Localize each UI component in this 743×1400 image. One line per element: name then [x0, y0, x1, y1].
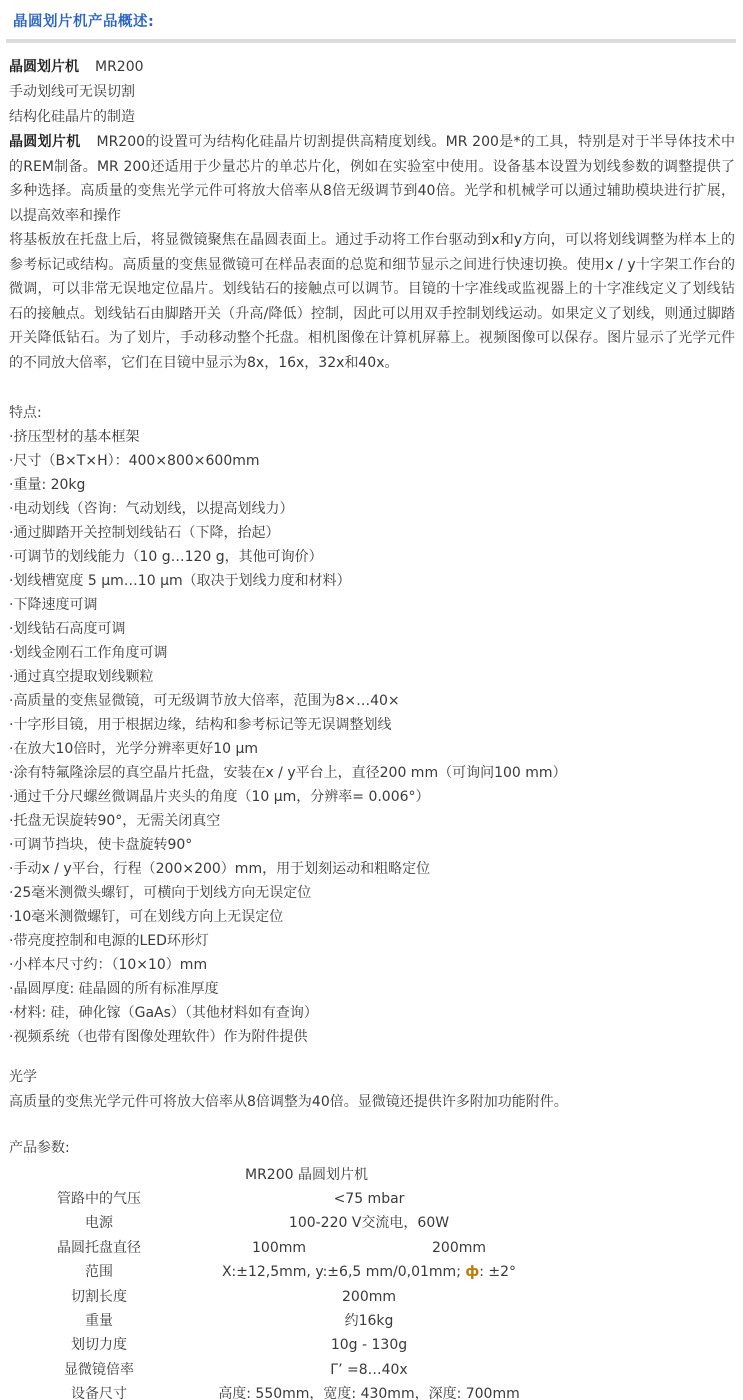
param-row-scribe-force: 划切力度 10g - 130g	[9, 1333, 604, 1357]
feature-item: ·通过真空提取划线颗粒	[9, 665, 735, 689]
param-label: 晶圆托盘直径	[9, 1236, 189, 1260]
param-value: 高度: 550mm，宽度: 430mm，深度: 700mm	[189, 1382, 549, 1400]
feature-item: ·尺寸（B×T×H）：400×800×600mm	[9, 449, 735, 473]
features-title: 特点:	[9, 401, 735, 425]
feature-item: ·挤压型材的基本框架	[9, 425, 735, 449]
paragraph-1-text: MR200的设置可为结构化硅晶片切割提供高精度划线。MR 200是*的工具，特别…	[9, 134, 735, 224]
feature-item: ·带亮度控制和电源的LED环形灯	[9, 929, 735, 953]
feature-item: ·视频系统（也带有图像处理软件）作为附件提供	[9, 1025, 735, 1049]
param-value: 200mm	[189, 1285, 549, 1309]
param-row-range: 范围 X:±12,5mm, y:±6,5 mm/0,01mm; ф: ±2°	[9, 1260, 604, 1284]
feature-item: ·在放大10倍时，光学分辨率更好10 μm	[9, 737, 735, 761]
feature-item: ·十字形目镜，用于根据边缘，结构和参考标记等无误调整划线	[9, 713, 735, 737]
features-section: 特点: ·挤压型材的基本框架·尺寸（B×T×H）：400×800×600mm·重…	[9, 401, 735, 1049]
params-title: 产品参数:	[9, 1136, 735, 1161]
optics-text: 高质量的变焦光学元件可将放大倍率从8倍调整为40倍。显微镜还提供许多附加功能附件…	[9, 1090, 735, 1115]
feature-item: ·高质量的变焦显微镜，可无级调节放大倍率，范围为8×…40×	[9, 689, 735, 713]
param-value: Γ’ =8…40x	[189, 1358, 549, 1382]
feature-item: ·托盘无误旋转90°，无需关闭真空	[9, 809, 735, 833]
param-row-device-size: 设备尺寸 高度: 550mm，宽度: 430mm，深度: 700mm	[9, 1382, 604, 1400]
param-label: 显微镜倍率	[9, 1358, 189, 1382]
paragraph-2: 将基板放在托盘上后，将显微镜聚焦在晶圆表面上。通过手动将工作台驱动到x和y方向，…	[9, 228, 735, 375]
param-row-weight: 重量 约16kg	[9, 1309, 604, 1333]
param-value-1: 100mm	[189, 1236, 369, 1260]
page-header: 晶圆划片机产品概述:	[0, 0, 743, 31]
params-table: MR200 晶圆划片机 管路中的气压 <75 mbar 电源 100-220 V…	[9, 1163, 604, 1400]
product-name: 晶圆划片机	[9, 59, 79, 75]
range-pre: X:±12,5mm, y:±6,5 mm/0,01mm;	[222, 1264, 465, 1280]
slogan-1: 手动划线可无误切割	[9, 80, 735, 105]
param-value: X:±12,5mm, y:±6,5 mm/0,01mm; ф: ±2°	[189, 1260, 549, 1284]
param-label: 划切力度	[9, 1333, 189, 1357]
param-label: 重量	[9, 1309, 189, 1333]
optics-section: 光学 高质量的变焦光学元件可将放大倍率从8倍调整为40倍。显微镜还提供许多附加功…	[9, 1065, 735, 1114]
feature-item: ·小样本尺寸约：（10×10）mm	[9, 953, 735, 977]
param-label: 管路中的气压	[9, 1187, 189, 1211]
param-value-2: 200mm	[369, 1236, 549, 1260]
product-name-line: 晶圆划片机MR200	[9, 55, 735, 80]
feature-item: ·电动划线（咨询：气动划线，以提高划线力）	[9, 497, 735, 521]
feature-item: ·10毫米测微螺钉，可在划线方向上无误定位	[9, 905, 735, 929]
param-value: 约16kg	[189, 1309, 549, 1333]
feature-item: ·下降速度可调	[9, 593, 735, 617]
param-value: 10g - 130g	[189, 1333, 549, 1357]
feature-item: ·材料: 硅，砷化镓（GaAs）（其他材料如有查询）	[9, 1001, 735, 1025]
feature-item: ·重量: 20kg	[9, 473, 735, 497]
params-section: 产品参数: MR200 晶圆划片机 管路中的气压 <75 mbar 电源 100…	[9, 1136, 735, 1400]
feature-item: ·涂有特氟隆涂层的真空晶片托盘，安装在x / y平台上，直径200 mm（可询问…	[9, 761, 735, 785]
feature-item: ·划线钻石高度可调	[9, 617, 735, 641]
content: 晶圆划片机MR200 手动划线可无误切割 结构化硅晶片的制造 晶圆划片机MR20…	[0, 43, 743, 1400]
paragraph-1-bold: 晶圆划片机	[9, 134, 81, 150]
param-label: 设备尺寸	[9, 1382, 189, 1400]
param-value: 100-220 V交流电，60W	[189, 1211, 549, 1235]
param-row-cut-length: 切割长度 200mm	[9, 1285, 604, 1309]
table-title: MR200 晶圆划片机	[9, 1163, 604, 1187]
param-row-power: 电源 100-220 V交流电，60W	[9, 1211, 604, 1235]
optics-title: 光学	[9, 1065, 735, 1090]
feature-item: ·25毫米测微头螺钉，可横向于划线方向无误定位	[9, 881, 735, 905]
param-value: <75 mbar	[189, 1187, 549, 1211]
param-row-tray-diameter: 晶圆托盘直径 100mm 200mm	[9, 1236, 604, 1260]
page-title: 晶圆划片机产品概述:	[13, 14, 154, 30]
paragraph-1: 晶圆划片机MR200的设置可为结构化硅晶片切割提供高精度划线。MR 200是*的…	[9, 130, 735, 228]
feature-item: ·手动x / y平台，行程（200×200）mm，用于划刻运动和粗略定位	[9, 857, 735, 881]
product-model: MR200	[95, 59, 144, 75]
param-label: 切割长度	[9, 1285, 189, 1309]
feature-item: ·划线槽宽度 5 μm…10 μm（取决于划线力度和材料）	[9, 569, 735, 593]
param-row-magnification: 显微镜倍率 Γ’ =8…40x	[9, 1358, 604, 1382]
feature-item: ·划线金刚石工作角度可调	[9, 641, 735, 665]
feature-item: ·通过脚踏开关控制划线钻石（下降，抬起）	[9, 521, 735, 545]
feature-item: ·通过千分尺螺丝微调晶片夹头的角度（10 μm，分辨率= 0.006°）	[9, 785, 735, 809]
param-label: 范围	[9, 1260, 189, 1284]
feature-item: ·晶圆厚度: 硅晶圆的所有标准厚度	[9, 977, 735, 1001]
features-list: ·挤压型材的基本框架·尺寸（B×T×H）：400×800×600mm·重量: 2…	[9, 425, 735, 1049]
param-row-pressure: 管路中的气压 <75 mbar	[9, 1187, 604, 1211]
param-label: 电源	[9, 1211, 189, 1235]
range-post: : ±2°	[479, 1264, 516, 1280]
feature-item: ·可调节挡块，使卡盘旋转90°	[9, 833, 735, 857]
phi-symbol: ф	[465, 1264, 479, 1280]
feature-item: ·可调节的划线能力（10 g…120 g，其他可询价）	[9, 545, 735, 569]
slogan-2: 结构化硅晶片的制造	[9, 105, 735, 130]
